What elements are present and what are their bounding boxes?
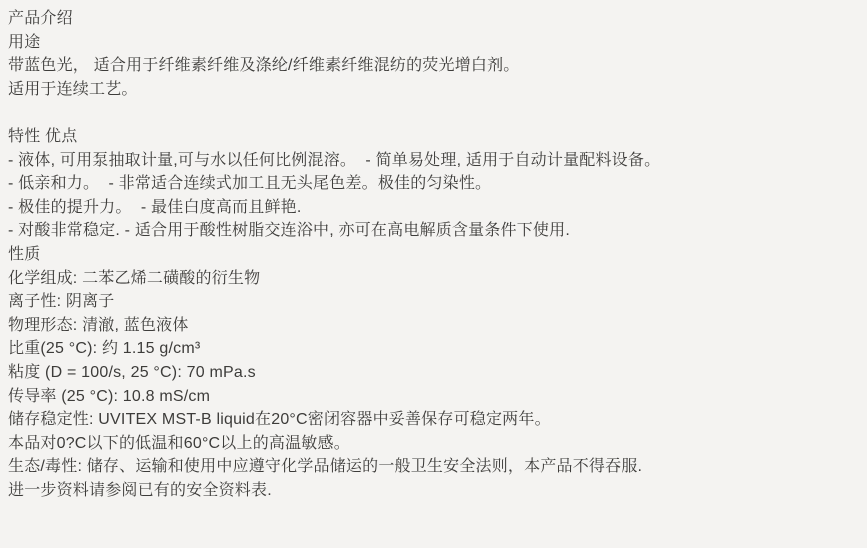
property-line-chemical-composition: 化学组成: 二苯乙烯二磺酸的衍生物 xyxy=(8,267,867,291)
section-heading-usage: 用途 xyxy=(8,31,867,55)
property-line-ecology-toxicity: 生态/毒性: 储存、运输和使用中应遵守化学品储运的一般卫生安全法则，本产品不得吞… xyxy=(8,455,867,479)
product-datasheet: 产品介绍 用途 带蓝色光， 适合用于纤维素纤维及涤纶/纤维素纤维混纺的荧光增白剂… xyxy=(0,0,867,502)
feature-item: - 低亲和力。 - 非常适合连续式加工且无头尾色差。极佳的匀染性。 xyxy=(8,172,867,196)
feature-item: - 对酸非常稳定. - 适合用于酸性树脂交连浴中, 亦可在高电解质含量条件下使用… xyxy=(8,219,867,243)
feature-item: - 液体, 可用泵抽取计量,可与水以任何比例混溶。 - 简单易处理, 适用于自动… xyxy=(8,149,867,173)
property-line-storage-stability: 储存稳定性: UVITEX MST-B liquid在20°C密闭容器中妥善保存… xyxy=(8,408,867,432)
property-line-physical-form: 物理形态: 清澈, 蓝色液体 xyxy=(8,314,867,338)
section-heading-features: 特性 优点 xyxy=(8,125,867,149)
section-heading-product-intro: 产品介绍 xyxy=(8,7,867,31)
property-line-conductivity: 传导率 (25 °C): 10.8 mS/cm xyxy=(8,385,867,409)
section-heading-properties: 性质 xyxy=(8,243,867,267)
property-line-viscosity: 粘度 (D = 100/s, 25 °C): 70 mPa.s xyxy=(8,361,867,385)
property-line-further-info: 进一步资料请参阅已有的安全资料表. xyxy=(8,479,867,503)
usage-line: 带蓝色光， 适合用于纤维素纤维及涤纶/纤维素纤维混纺的荧光增白剂。 xyxy=(8,54,867,78)
feature-item: - 极佳的提升力。 - 最佳白度高而且鲜艳. xyxy=(8,196,867,220)
usage-line: 适用于连续工艺。 xyxy=(8,78,867,102)
section-gap xyxy=(8,101,867,125)
property-line-temperature-sensitivity: 本品对0?C以下的低温和60°C以上的高温敏感。 xyxy=(8,432,867,456)
property-line-specific-gravity: 比重(25 °C): 约 1.15 g/cm³ xyxy=(8,337,867,361)
property-line-ionicity: 离子性: 阴离子 xyxy=(8,290,867,314)
